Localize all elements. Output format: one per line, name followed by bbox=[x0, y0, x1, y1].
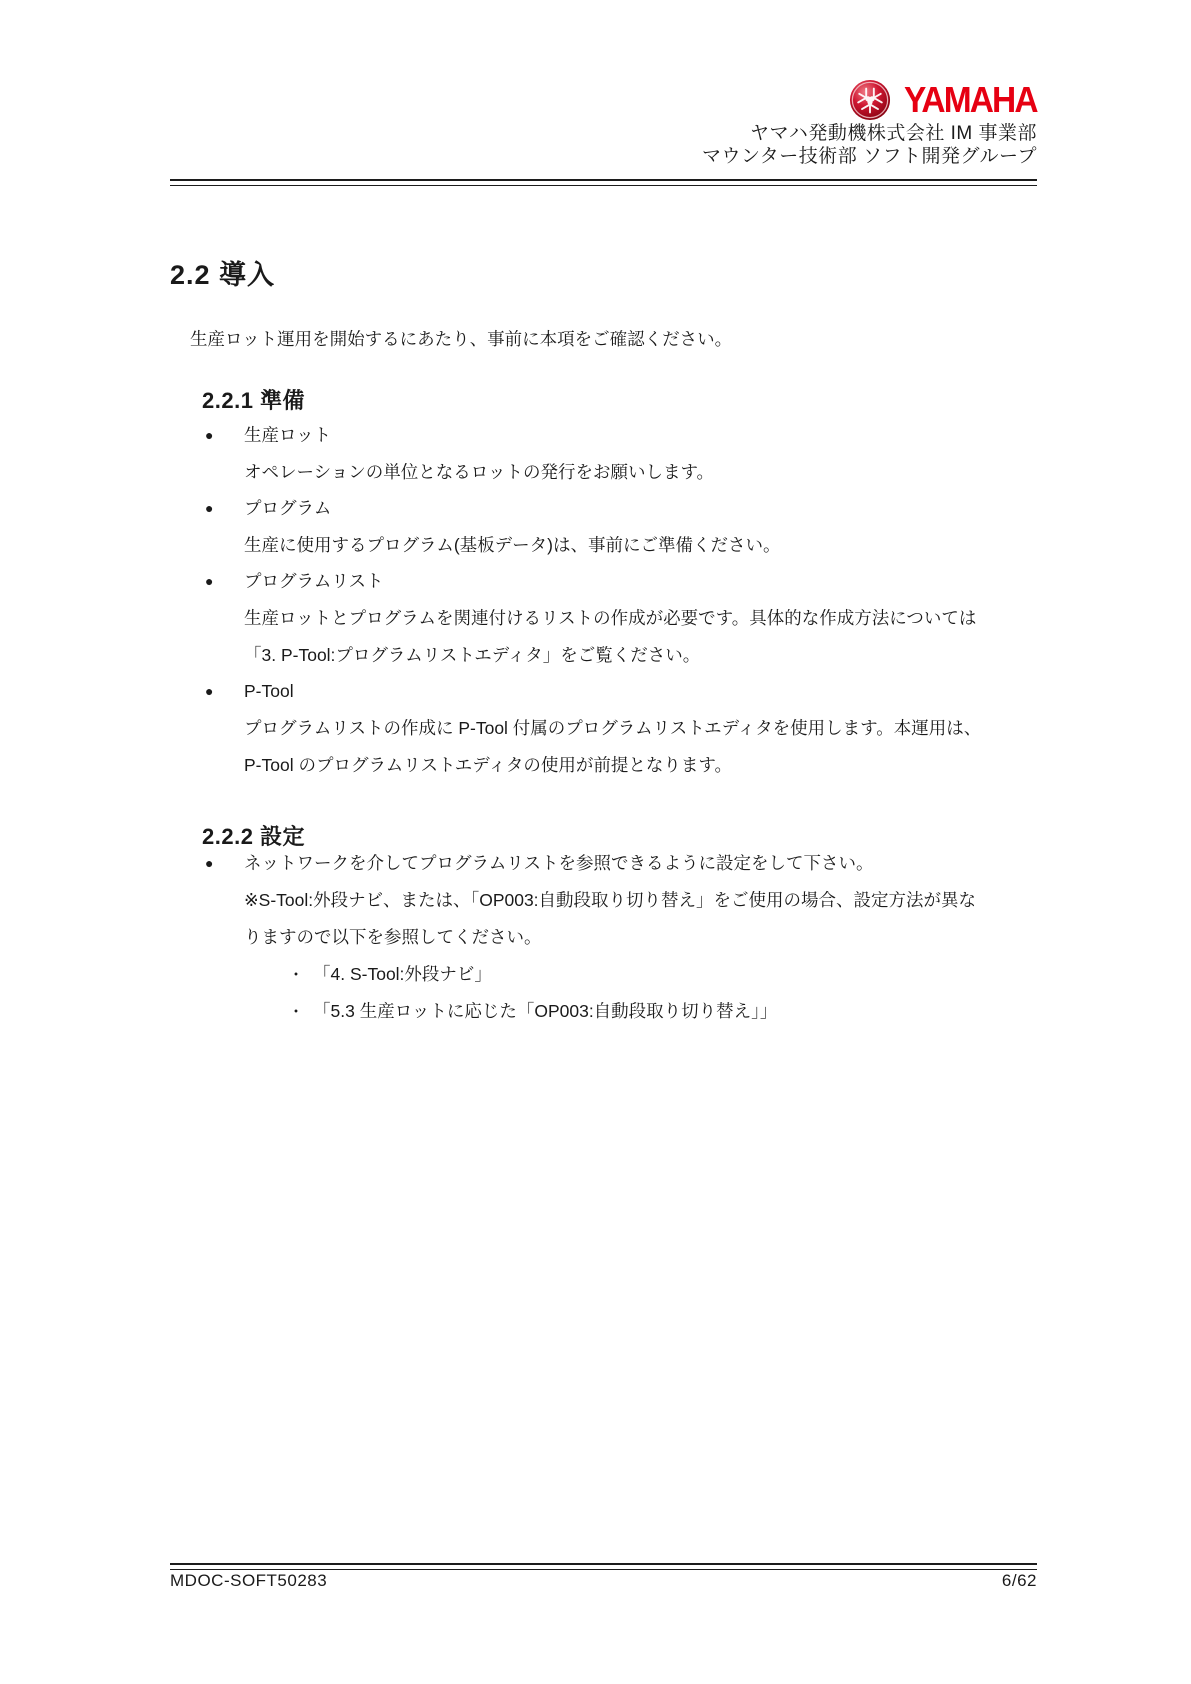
list-item: ●生産ロット bbox=[205, 424, 331, 446]
department-line: マウンター技術部 ソフト開発グループ bbox=[702, 145, 1037, 168]
list-item-body: プログラムリストの作成に P-Tool 付属のプログラムリストエディタを使用しま… bbox=[244, 717, 981, 739]
sub-list-item: ・「4. S-Tool:外段ナビ」 bbox=[288, 963, 492, 987]
bullet-icon: ● bbox=[205, 852, 244, 874]
subsection-title-preparation: 2.2.1 準備 bbox=[202, 384, 305, 415]
list-item: ●ネットワークを介してプログラムリストを参照できるように設定をして下さい。 bbox=[205, 852, 873, 874]
list-item-label: 生産ロット bbox=[244, 425, 331, 445]
yamaha-wordmark: YAMAHA bbox=[904, 78, 1037, 122]
list-item-label: P-Tool bbox=[244, 681, 294, 701]
list-item-body: オペレーションの単位となるロットの発行をお願いします。 bbox=[244, 461, 714, 483]
intro-paragraph: 生産ロット運用を開始するにあたり、事前に本項をご確認ください。 bbox=[190, 326, 732, 351]
list-item-label: プログラムリスト bbox=[244, 571, 383, 591]
list-item-body: P-Tool のプログラムリストエディタの使用が前提となります。 bbox=[244, 754, 732, 776]
document-number: MDOC-SOFT50283 bbox=[170, 1571, 327, 1591]
sub-list-item-label: 「4. S-Tool:外段ナビ」 bbox=[313, 964, 492, 984]
list-item-body: ※S-Tool:外段ナビ、または、「OP003:自動段取り切り替え」をご使用の場… bbox=[244, 889, 976, 911]
list-item-label: ネットワークを介してプログラムリストを参照できるように設定をして下さい。 bbox=[244, 853, 873, 873]
list-item: ●プログラム bbox=[205, 497, 331, 519]
footer-divider bbox=[170, 1563, 1037, 1570]
company-name-line: ヤマハ発動機株式会社 IM 事業部 bbox=[702, 122, 1037, 145]
list-item-body: 生産ロットとプログラムを関連付けるリストの作成が必要です。具体的な作成方法につい… bbox=[244, 607, 976, 629]
list-item-body: 生産に使用するプログラム(基板データ)は、事前にご準備ください。 bbox=[244, 534, 780, 556]
list-item-body: 「3. P-Tool:プログラムリストエディタ」をご覧ください。 bbox=[244, 644, 700, 666]
list-item-body: りますので以下を参照してください。 bbox=[244, 926, 542, 948]
bullet-icon: ● bbox=[205, 570, 244, 592]
yamaha-tuning-fork-icon bbox=[849, 79, 891, 121]
bullet-icon: ● bbox=[205, 424, 244, 446]
page-header: YAMAHA ヤマハ発動機株式会社 IM 事業部 マウンター技術部 ソフト開発グ… bbox=[702, 78, 1037, 168]
sub-list-item-label: 「5.3 生産ロットに応じた「OP003:自動段取り切り替え」」 bbox=[313, 1001, 777, 1021]
document-page: YAMAHA ヤマハ発動機株式会社 IM 事業部 マウンター技術部 ソフト開発グ… bbox=[0, 0, 1191, 1684]
header-divider bbox=[170, 179, 1037, 186]
list-item-label: プログラム bbox=[244, 498, 331, 518]
sub-bullet-icon: ・ bbox=[288, 1002, 313, 1024]
sub-list-item: ・「5.3 生産ロットに応じた「OP003:自動段取り切り替え」」 bbox=[288, 1000, 777, 1024]
yamaha-logo: YAMAHA bbox=[702, 78, 1037, 122]
bullet-icon: ● bbox=[205, 680, 244, 702]
list-item: ●プログラムリスト bbox=[205, 570, 383, 592]
bullet-icon: ● bbox=[205, 497, 244, 519]
list-item: ●P-Tool bbox=[205, 680, 294, 702]
page-number: 6/62 bbox=[1002, 1571, 1037, 1591]
sub-bullet-icon: ・ bbox=[288, 965, 313, 987]
subsection-title-settings: 2.2.2 設定 bbox=[202, 820, 305, 851]
section-title: 2.2 導入 bbox=[170, 253, 275, 292]
